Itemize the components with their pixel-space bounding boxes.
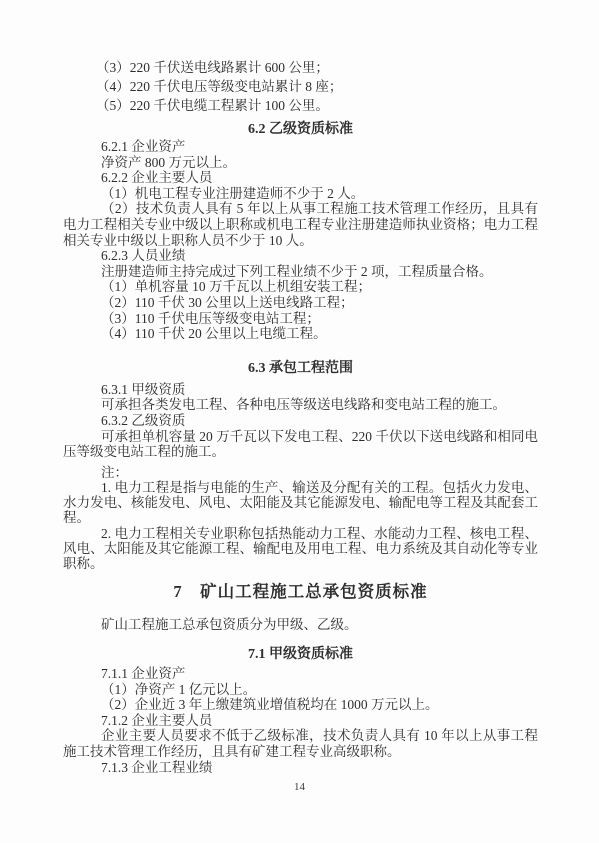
clause-7-1-2-title: 7.1.2 企业主要人员 bbox=[63, 713, 538, 729]
clause-mining-net-assets: （1）净资产 1 亿元以上。 bbox=[63, 682, 538, 698]
clause-performance-3: （3）110 千伏电压等级变电站工程； bbox=[63, 311, 538, 327]
clause-tech-director: （2）技术负责人具有 5 年以上从事工程施工技术管理工作经历，且具有电力工程相关… bbox=[63, 201, 538, 248]
clause-6-2-3-title: 6.2.3 人员业绩 bbox=[63, 248, 538, 264]
heading-6-2-grade-b-standard: 6.2 乙级资质标准 bbox=[63, 120, 538, 139]
heading-7-mining-engineering: 7 矿山工程施工总承包资质标准 bbox=[63, 581, 538, 603]
clause-performance-intro: 注册建造师主持完成过下列工程业绩不少于 2 项，工程质量合格。 bbox=[63, 264, 538, 280]
heading-6-3-contract-scope: 6.3 承包工程范围 bbox=[63, 359, 538, 378]
clause-grade-b-scope: 可承担单机容量 20 万千瓦以下发电工程、220 千伏以下送电线路和相同电压等级… bbox=[63, 429, 538, 460]
clause-performance-2: （2）110 千伏 30 公里以上送电线路工程； bbox=[63, 295, 538, 311]
note-2-professional-titles: 2. 电力工程相关专业职称包括热能动力工程、水能动力工程、核电工程、风电、太阳能… bbox=[63, 526, 538, 572]
note-1-power-engineering: 1. 电力工程是指与电能的生产、输送及分配有关的工程。包括火力发电、水力发电、核… bbox=[63, 480, 538, 526]
clause-6-2-2-title: 6.2.2 企业主要人员 bbox=[63, 170, 538, 186]
list-item-220kv-4: （4）220 千伏电压等级变电站累计 8 座； bbox=[63, 77, 538, 96]
clause-7-intro: 矿山工程施工总承包资质分为甲级、乙级。 bbox=[63, 617, 538, 633]
page-number: 14 bbox=[0, 781, 599, 793]
clause-net-assets: 净资产 800 万元以上。 bbox=[63, 155, 538, 171]
clause-mining-tax: （2）企业近 3 年上缴建筑业增值税均在 1000 万元以上。 bbox=[63, 697, 538, 713]
clause-grade-a-scope: 可承担各类发电工程、各种电压等级送电线路和变电站工程的施工。 bbox=[63, 397, 538, 413]
clause-7-1-1-title: 7.1.1 企业资产 bbox=[63, 666, 538, 682]
list-item-220kv-3: （3）220 千伏送电线路累计 600 公里； bbox=[63, 58, 538, 77]
document-content: （3）220 千伏送电线路累计 600 公里； （4）220 千伏电压等级变电站… bbox=[63, 58, 538, 775]
document-page: （3）220 千伏送电线路累计 600 公里； （4）220 千伏电压等级变电站… bbox=[0, 0, 599, 843]
note-label: 注： bbox=[63, 465, 538, 480]
notes-block: 注： 1. 电力工程是指与电能的生产、输送及分配有关的工程。包括火力发电、水力发… bbox=[63, 465, 538, 571]
clause-6-2-1-title: 6.2.1 企业资产 bbox=[63, 139, 538, 155]
clause-6-3-1-title: 6.3.1 甲级资质 bbox=[63, 382, 538, 398]
clause-6-3-2-title: 6.3.2 乙级资质 bbox=[63, 413, 538, 429]
clause-registered-constructor: （1）机电工程专业注册建造师不少于 2 人。 bbox=[63, 186, 538, 202]
heading-7-1-grade-a-standard: 7.1 甲级资质标准 bbox=[63, 645, 538, 664]
clause-mining-personnel: 企业主要人员要求不低于乙级标准，技术负责人具有 10 年以上从事工程施工技术管理… bbox=[63, 728, 538, 759]
clause-performance-1: （1）单机容量 10 万千瓦以上机组安装工程； bbox=[63, 279, 538, 295]
list-item-220kv-5: （5）220 千伏电缆工程累计 100 公里。 bbox=[63, 96, 538, 115]
clause-performance-4: （4）110 千伏 20 公里以上电缆工程。 bbox=[63, 326, 538, 342]
clause-7-1-3-title: 7.1.3 企业工程业绩 bbox=[63, 760, 538, 776]
